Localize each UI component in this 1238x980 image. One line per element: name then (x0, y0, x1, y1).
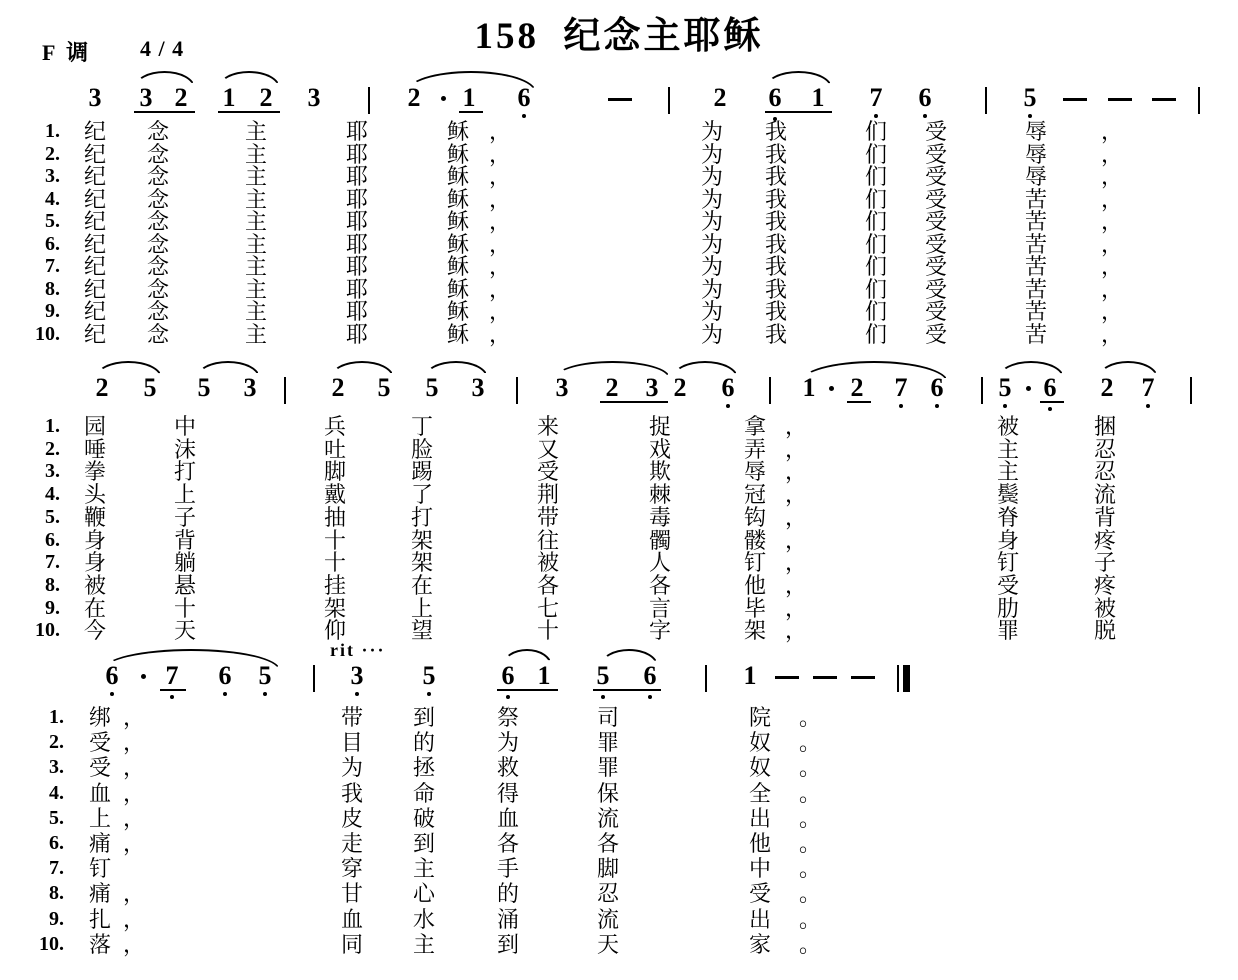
lyric-char: 主 (411, 856, 437, 881)
low-octave-dot (726, 404, 730, 408)
lyric-char: 扎 (87, 907, 113, 932)
lyric-char: 念 (145, 299, 171, 324)
lyric-char: 奴 (747, 730, 773, 755)
lyric-char: 来 (535, 414, 561, 439)
verse-number: 4. (20, 781, 64, 806)
lyric-char: 他 (747, 831, 773, 856)
note: 1 (739, 663, 761, 689)
lyric-char: ， (121, 907, 147, 932)
lyric-char: 稣 (445, 299, 471, 324)
lyric-char: 家 (747, 932, 773, 957)
lyric-char: ， (121, 881, 147, 906)
note: 5 (421, 375, 443, 401)
lyric-char: 同 (339, 932, 365, 957)
lyric-char: 念 (145, 164, 171, 189)
time-signature: 4 / 4 (140, 36, 184, 62)
note: 6 (497, 663, 519, 689)
lyric-char: 冠 (742, 482, 768, 507)
low-octave-dot (601, 695, 605, 699)
lyric-char: 主 (243, 119, 269, 144)
lyric-char: 受 (923, 209, 949, 234)
barline (981, 377, 983, 404)
lyric-char: 到 (411, 705, 437, 730)
lyric-char: 主 (243, 209, 269, 234)
lyric-char: 受 (995, 573, 1021, 598)
lyric-char: 中 (747, 856, 773, 881)
note: 7 (890, 375, 912, 401)
note: 3 (239, 375, 261, 401)
lyric-char: 脱 (1092, 618, 1118, 643)
lyric-char: 流 (595, 806, 621, 831)
lyric-char: ， (1099, 164, 1125, 189)
low-octave-dot (923, 114, 927, 118)
lyric-char: 纪 (82, 209, 108, 234)
verse-number: 9. (16, 299, 60, 324)
extension-dash (775, 676, 799, 679)
lyric-char: 。 (797, 932, 823, 957)
lyric-char: 钩 (742, 505, 768, 530)
note: 1 (218, 85, 240, 111)
lyric-char: 们 (863, 164, 889, 189)
lyric-char: 命 (411, 781, 437, 806)
lyric-char: 被 (535, 550, 561, 575)
lyric-char: ， (783, 618, 809, 643)
note: 3 (135, 85, 157, 111)
lyric-char: 全 (747, 781, 773, 806)
barline (516, 377, 518, 404)
barline (313, 665, 315, 692)
low-octave-dot (1048, 407, 1052, 411)
dotted-rhythm-dot (829, 386, 834, 391)
lyric-char: 躺 (172, 550, 198, 575)
note: 3 (551, 375, 573, 401)
lyric-char: 被 (82, 573, 108, 598)
lyric-char: 苦 (1023, 209, 1049, 234)
lyric-char: 受 (923, 119, 949, 144)
lyric-char: 兵 (322, 414, 348, 439)
note: 7 (161, 663, 183, 689)
note: 2 (709, 85, 731, 111)
lyric-char: 心 (411, 881, 437, 906)
lyric-char: 们 (863, 119, 889, 144)
lyric-char: 踢 (409, 459, 435, 484)
lyric-char: ， (487, 254, 513, 279)
lyric-char: 欺 (647, 459, 673, 484)
lyric-char: ， (1099, 119, 1125, 144)
lyric-char: 在 (409, 573, 435, 598)
lyric-char: 我 (763, 209, 789, 234)
lyric-char: 耶 (344, 119, 370, 144)
lyric-char: 抽 (322, 505, 348, 530)
lyric-char: 十 (535, 618, 561, 643)
lyric-char: ， (487, 119, 513, 144)
low-octave-dot (1028, 114, 1032, 118)
lyric-char: 念 (145, 254, 171, 279)
lyric-char: ， (487, 299, 513, 324)
lyric-char: 荆 (535, 482, 561, 507)
note: 6 (101, 663, 123, 689)
lyric-char: 十 (322, 550, 348, 575)
lyric-char: 奴 (747, 755, 773, 780)
lyric-char: 我 (339, 781, 365, 806)
lyric-char: 纪 (82, 254, 108, 279)
lyric-char: 钉 (742, 550, 768, 575)
lyric-char: 水 (411, 907, 437, 932)
lyric-char: 苦 (1023, 322, 1049, 347)
low-octave-dot (522, 114, 526, 118)
verse-number: 9. (20, 907, 64, 932)
lyric-char: 耶 (344, 299, 370, 324)
barline (284, 377, 286, 404)
note: 5 (994, 375, 1016, 401)
verse-number: 10. (20, 932, 64, 957)
lyric-char: 甘 (339, 881, 365, 906)
lyric-char: 脚 (595, 856, 621, 881)
lyric-char: 拳 (82, 459, 108, 484)
lyric-char: 。 (797, 705, 823, 730)
note: 2 (91, 375, 113, 401)
lyric-char: 戴 (322, 482, 348, 507)
lyric-char: ， (121, 705, 147, 730)
barline (1190, 377, 1192, 404)
lyric-char: 院 (747, 705, 773, 730)
lyric-char: 们 (863, 254, 889, 279)
extension-dash (1152, 98, 1176, 101)
note: 6 (214, 663, 236, 689)
verse-number: 8. (16, 573, 60, 598)
lyric-char: ， (121, 806, 147, 831)
lyric-char: 。 (797, 831, 823, 856)
lyric-char: 。 (797, 806, 823, 831)
lyric-char: 出 (747, 907, 773, 932)
note: 2 (170, 85, 192, 111)
note: 5 (418, 663, 440, 689)
lyric-char: 们 (863, 299, 889, 324)
lyric-char: 天 (595, 932, 621, 957)
verse-number: 6. (20, 831, 64, 856)
lyric-char: 为 (699, 299, 725, 324)
low-octave-dot (263, 692, 267, 696)
lyric-char: 纪 (82, 322, 108, 347)
lyric-char: 子 (172, 505, 198, 530)
lyric-char: 主 (243, 299, 269, 324)
low-octave-dot (1003, 404, 1007, 408)
note: 2 (403, 85, 425, 111)
lyric-char: 人 (647, 550, 673, 575)
lyric-char: 我 (763, 119, 789, 144)
lyric-char: 罪 (595, 755, 621, 780)
hymn-title: 158 纪念主耶稣 (0, 5, 1238, 59)
extension-dash (851, 676, 875, 679)
lyric-char: 稣 (445, 254, 471, 279)
lyric-char: 主 (243, 322, 269, 347)
lyric-char: ， (121, 755, 147, 780)
note: 6 (717, 375, 739, 401)
note: 5 (254, 663, 276, 689)
lyric-char: 稣 (445, 322, 471, 347)
lyric-char: 稣 (445, 119, 471, 144)
lyric-char: 苦 (1023, 299, 1049, 324)
lyric-char: 受 (747, 881, 773, 906)
lyric-char: 身 (82, 550, 108, 575)
note: 7 (1137, 375, 1159, 401)
lyric-char: ， (121, 781, 147, 806)
barline (705, 665, 707, 692)
lyric-char: 。 (797, 730, 823, 755)
lyric-char: 耶 (344, 164, 370, 189)
barline (368, 87, 370, 114)
verse-number: 5. (16, 209, 60, 234)
verse-number: 4. (16, 482, 60, 507)
low-octave-dot (1146, 404, 1150, 408)
verse-number: 7. (20, 856, 64, 881)
score-page: 158 纪念主耶稣 F 调 4 / 4 rit ··· 332123216261… (0, 0, 1238, 980)
low-octave-dot (170, 695, 174, 699)
lyric-char: 挂 (322, 573, 348, 598)
lyric-char: ， (1099, 322, 1125, 347)
lyric-char: 了 (409, 482, 435, 507)
dotted-rhythm-dot (1026, 386, 1031, 391)
lyric-char: 血 (87, 781, 113, 806)
verse-number: 10. (16, 322, 60, 347)
lyric-char: 主 (411, 932, 437, 957)
verse-number: 1. (16, 119, 60, 144)
verse-number: 5. (16, 505, 60, 530)
lyric-char: 涌 (495, 907, 521, 932)
lyric-char: 耶 (344, 209, 370, 234)
note: 3 (467, 375, 489, 401)
lyric-char: 。 (797, 755, 823, 780)
lyric-char: 们 (863, 322, 889, 347)
lyric-char: 念 (145, 209, 171, 234)
note: 2 (327, 375, 349, 401)
lyric-char: 流 (595, 907, 621, 932)
lyric-char: 皮 (339, 806, 365, 831)
lyric-char: 纪 (82, 164, 108, 189)
extension-dash (608, 98, 632, 101)
lyric-char: 辱 (1023, 119, 1049, 144)
lyric-char: ， (487, 322, 513, 347)
lyric-char: 受 (923, 164, 949, 189)
lyric-char: 血 (495, 806, 521, 831)
lyric-char: 主 (995, 459, 1021, 484)
lyric-char: 上 (172, 482, 198, 507)
lyric-char: 们 (863, 209, 889, 234)
lyric-char: 。 (797, 881, 823, 906)
lyric-char: 为 (699, 254, 725, 279)
lyric-char: 脚 (322, 459, 348, 484)
verse-number: 3. (16, 164, 60, 189)
lyric-char: 念 (145, 322, 171, 347)
lyric-char: ， (783, 482, 809, 507)
note: 1 (533, 663, 555, 689)
lyric-char: 司 (595, 705, 621, 730)
lyric-char: 为 (699, 164, 725, 189)
verse-number: 7. (16, 550, 60, 575)
lyric-char: 到 (495, 932, 521, 957)
lyric-char: 棘 (647, 482, 673, 507)
barline (769, 377, 771, 404)
lyric-char: 流 (1092, 482, 1118, 507)
lyric-char: 耶 (344, 322, 370, 347)
lyric-char: 我 (763, 299, 789, 324)
verse-number: 2. (20, 730, 64, 755)
note: 1 (458, 85, 480, 111)
lyric-char: 架 (742, 618, 768, 643)
lyric-char: 悬 (172, 573, 198, 598)
note: 6 (926, 375, 948, 401)
lyric-char: 天 (172, 618, 198, 643)
lyric-char: 受 (923, 254, 949, 279)
lyric-char: 打 (409, 505, 435, 530)
lyric-char: 绑 (87, 705, 113, 730)
lyric-char: 他 (742, 573, 768, 598)
lyric-char: 鬓 (995, 482, 1021, 507)
note: 5 (1019, 85, 1041, 111)
lyric-char: 各 (495, 831, 521, 856)
lyric-char: 耶 (344, 254, 370, 279)
note: 6 (513, 85, 535, 111)
lyric-char: 丁 (409, 414, 435, 439)
lyric-char: 的 (495, 881, 521, 906)
lyric-char: 保 (595, 781, 621, 806)
low-octave-dot (355, 692, 359, 696)
lyric-char: 忍 (1092, 459, 1118, 484)
lyric-char: 被 (995, 414, 1021, 439)
lyric-char: 祭 (495, 705, 521, 730)
lyric-char: 走 (339, 831, 365, 856)
note: 3 (346, 663, 368, 689)
low-octave-dot (223, 692, 227, 696)
lyric-char: 各 (535, 573, 561, 598)
verse-number: 3. (20, 755, 64, 780)
lyric-char: ， (1099, 254, 1125, 279)
lyric-char: 痛 (87, 881, 113, 906)
low-octave-dot (935, 404, 939, 408)
low-octave-dot (874, 114, 878, 118)
lyric-char: ， (487, 164, 513, 189)
lyric-char: 疼 (1092, 573, 1118, 598)
lyric-char: 脊 (995, 505, 1021, 530)
ritardando-label: rit ··· (330, 640, 386, 661)
note: 2 (601, 375, 623, 401)
lyric-char: 字 (647, 618, 673, 643)
low-octave-dot (427, 692, 431, 696)
lyric-char: 鞭 (82, 505, 108, 530)
verse-number: 1. (20, 705, 64, 730)
lyric-char: 上 (87, 806, 113, 831)
lyric-char: 园 (82, 414, 108, 439)
note: 2 (255, 85, 277, 111)
lyric-char: 受 (535, 459, 561, 484)
lyric-char: 受 (923, 322, 949, 347)
lyric-char: 落 (87, 932, 113, 957)
lyric-char: 受 (87, 730, 113, 755)
lyric-char: 受 (923, 299, 949, 324)
note: 5 (592, 663, 614, 689)
lyric-char: ， (121, 831, 147, 856)
lyric-char: 罪 (595, 730, 621, 755)
lyric-char: 到 (411, 831, 437, 856)
extension-dash (1108, 98, 1132, 101)
low-octave-dot (899, 404, 903, 408)
lyric-char: 罪 (995, 618, 1021, 643)
lyric-char: 望 (409, 618, 435, 643)
verse-number: 8. (20, 881, 64, 906)
lyric-char: 打 (172, 459, 198, 484)
lyric-char: 得 (495, 781, 521, 806)
lyric-char: 出 (747, 806, 773, 831)
lyric-char: 架 (409, 550, 435, 575)
lyric-char: 为 (339, 755, 365, 780)
lyric-char: 辱 (1023, 164, 1049, 189)
lyric-char: 各 (647, 573, 673, 598)
lyric-char: ， (1099, 209, 1125, 234)
note: 2 (1096, 375, 1118, 401)
note: 5 (373, 375, 395, 401)
lyric-char: 头 (82, 482, 108, 507)
lyric-char: 钉 (87, 856, 113, 881)
lyric-char: ， (121, 730, 147, 755)
note: 2 (669, 375, 691, 401)
extension-dash (1063, 98, 1087, 101)
lyric-char: 。 (797, 781, 823, 806)
lyric-char: 仰 (322, 618, 348, 643)
key-signature: F 调 (42, 36, 91, 67)
lyric-char: 血 (339, 907, 365, 932)
lyric-char: 救 (495, 755, 521, 780)
lyric-char: 受 (87, 755, 113, 780)
lyric-char: 拯 (411, 755, 437, 780)
barline (668, 87, 670, 114)
lyric-char: 主 (243, 164, 269, 189)
dotted-rhythm-dot (441, 96, 446, 101)
dotted-rhythm-dot (141, 674, 146, 679)
verse-number: 5. (20, 806, 64, 831)
lyric-char: ， (783, 505, 809, 530)
note: 6 (914, 85, 936, 111)
note: 1 (807, 85, 829, 111)
note: 3 (84, 85, 106, 111)
lyric-char: 穿 (339, 856, 365, 881)
lyric-char: 痛 (87, 831, 113, 856)
lyric-char: 手 (495, 856, 521, 881)
lyric-char: 捆 (1092, 414, 1118, 439)
lyric-char: ， (783, 414, 809, 439)
lyric-char: 纪 (82, 119, 108, 144)
lyric-char: 为 (699, 322, 725, 347)
lyric-char: 苦 (1023, 254, 1049, 279)
note: 5 (193, 375, 215, 401)
lyric-char: 为 (699, 209, 725, 234)
lyric-char: 稣 (445, 164, 471, 189)
verse-number: 7. (16, 254, 60, 279)
lyric-char: 破 (411, 806, 437, 831)
note: 1 (798, 375, 820, 401)
lyric-char: 纪 (82, 299, 108, 324)
lyric-char: 今 (82, 618, 108, 643)
verse-number: 3. (16, 459, 60, 484)
final-bar-thin (897, 665, 899, 692)
lyric-char: 捉 (647, 414, 673, 439)
lyric-char: 。 (797, 856, 823, 881)
lyric-char: ， (487, 209, 513, 234)
lyric-char: 的 (411, 730, 437, 755)
lyric-char: 中 (172, 414, 198, 439)
lyric-char: 背 (1092, 505, 1118, 530)
note: 7 (865, 85, 887, 111)
note: 6 (639, 663, 661, 689)
